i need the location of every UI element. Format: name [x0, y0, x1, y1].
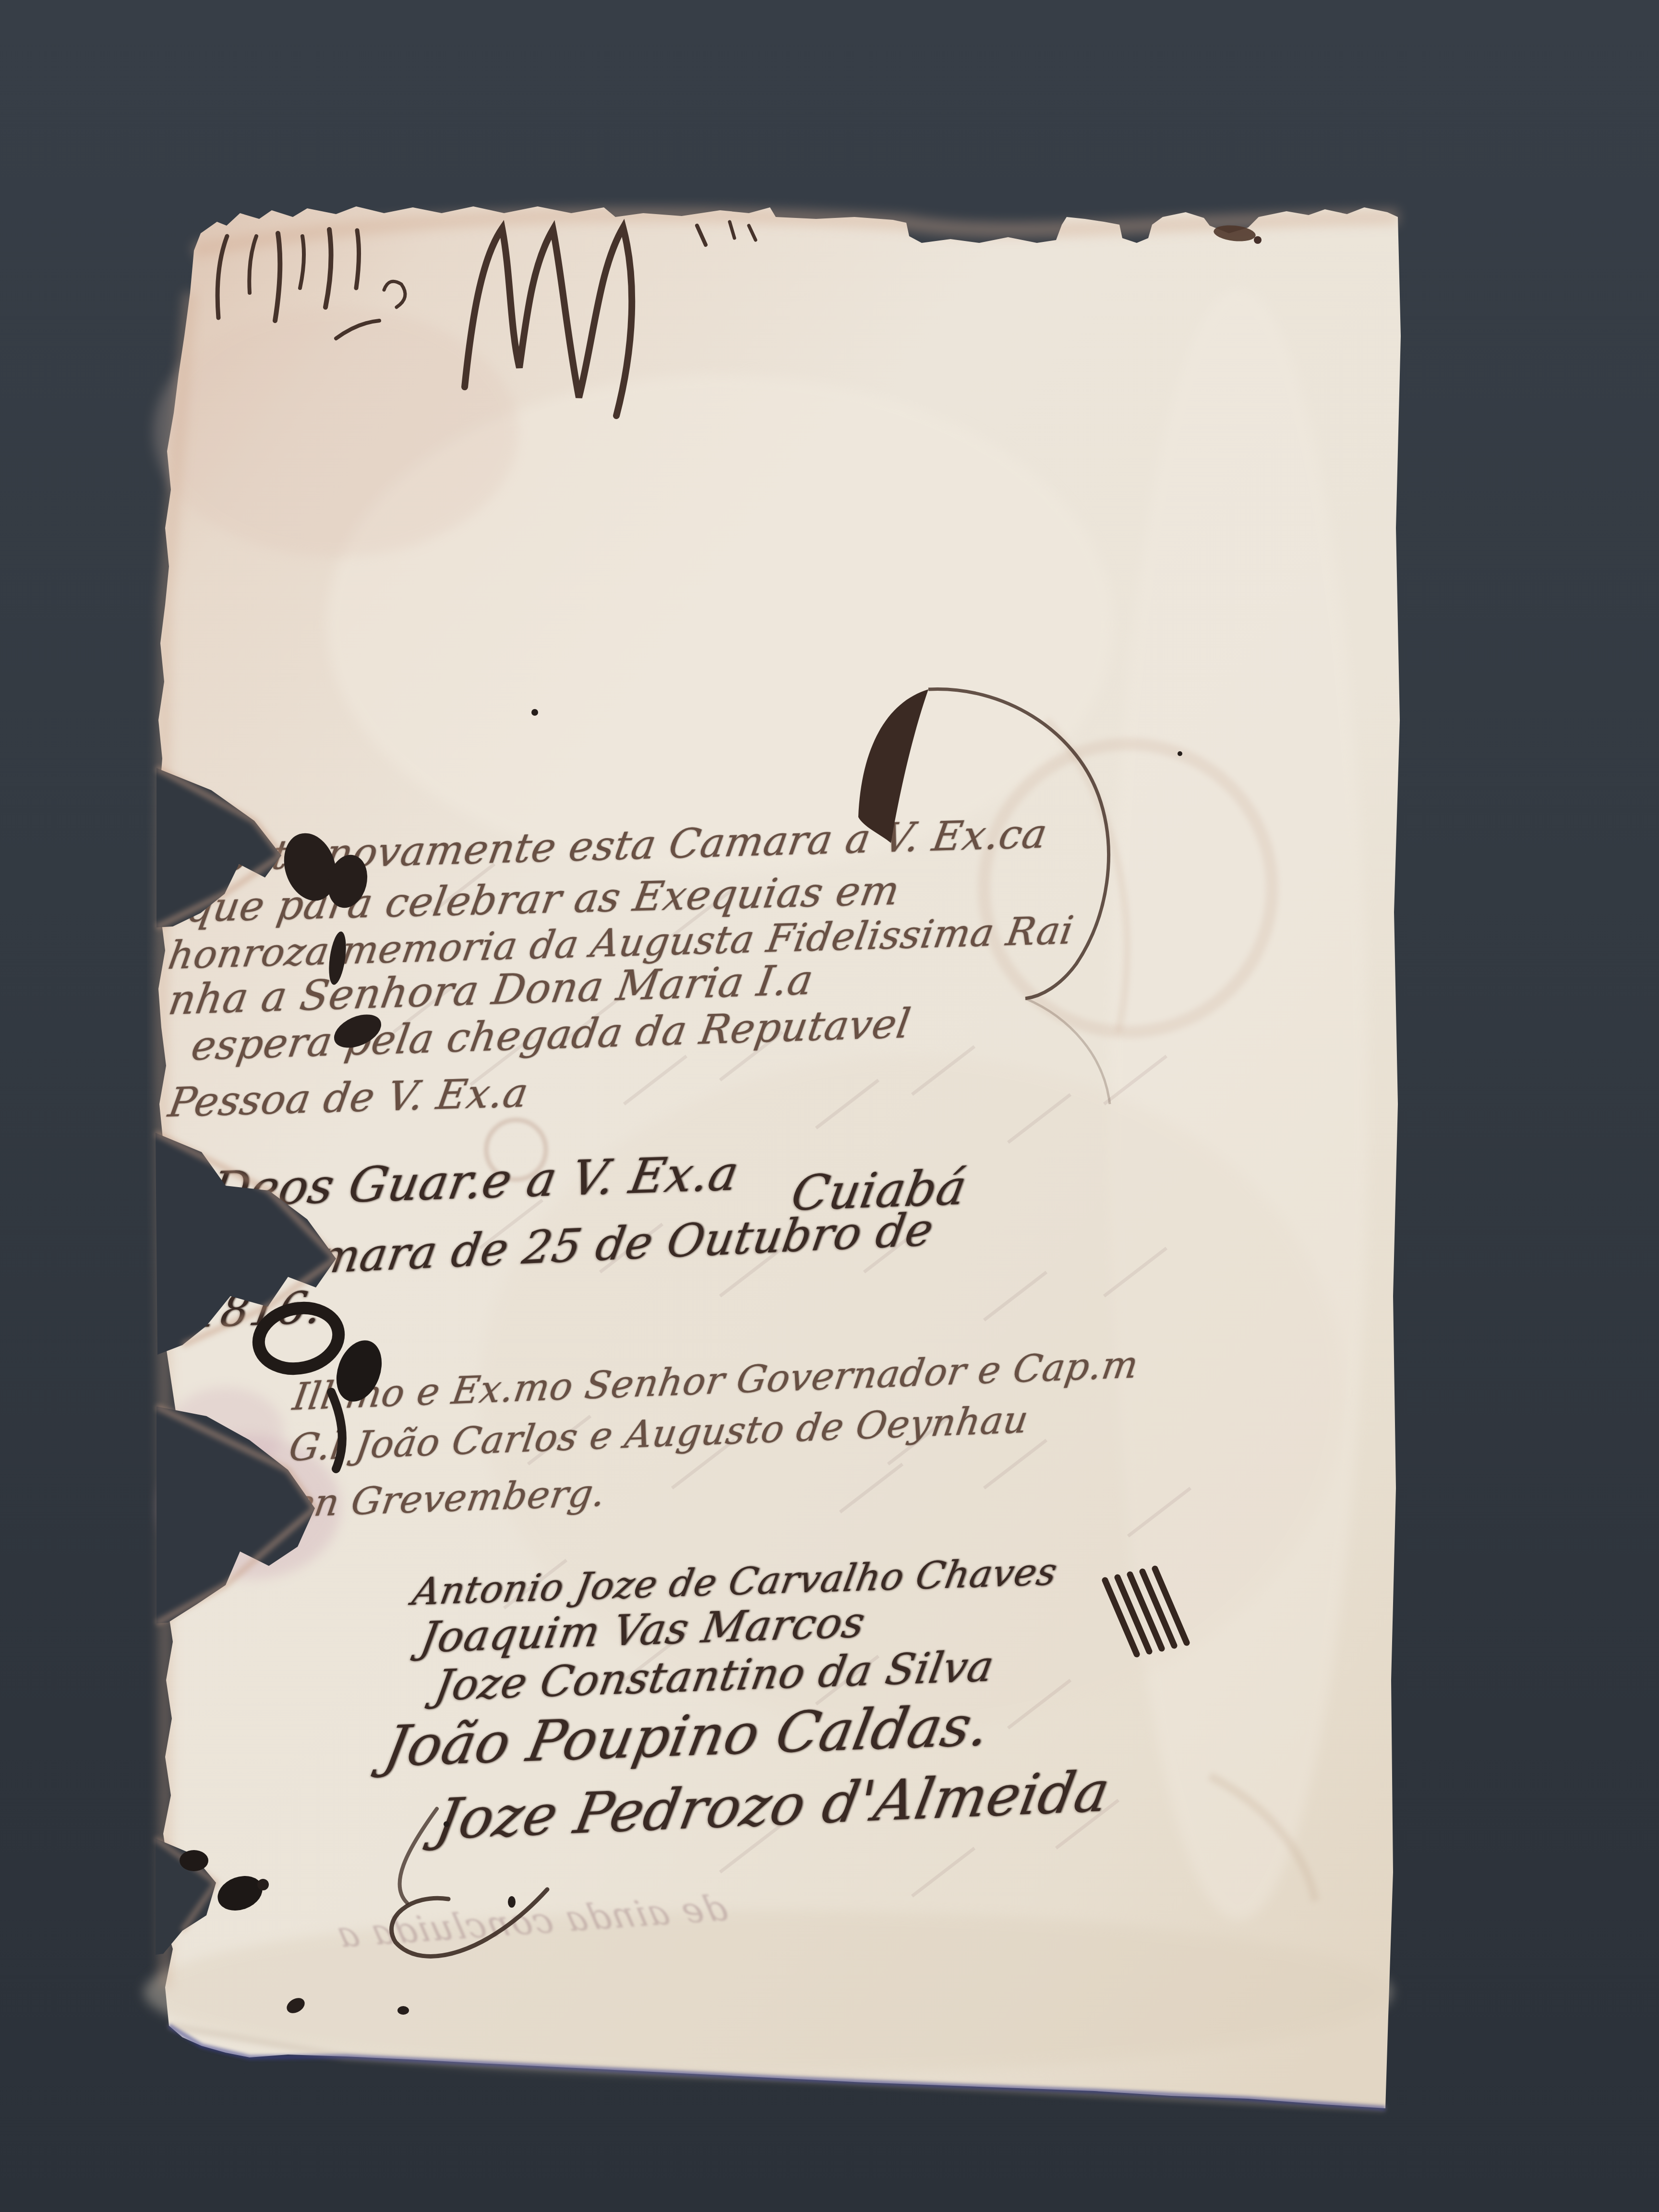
- ring-blot: [253, 1301, 344, 1376]
- bottom-edge-fringe: [169, 2026, 1385, 2108]
- signature-flourishes: [392, 1809, 547, 1956]
- top-edge-clipped-strokes: [217, 222, 756, 416]
- photograph-of-manuscript: repete novamente esta Camara a V. Ex.ca …: [0, 0, 1659, 2212]
- signature-paraph: [1105, 1569, 1187, 1654]
- ink-blots: [180, 223, 1262, 2016]
- tear-bite-2: [156, 1133, 336, 1355]
- top-right-burn-mark: [1213, 223, 1257, 243]
- comma-flourish: [858, 689, 1110, 1104]
- clipped-m-flourish: [465, 228, 632, 416]
- tear-bite-3: [156, 1407, 315, 1623]
- paper-artwork-over: [0, 0, 1659, 2212]
- tear-bite-1: [156, 768, 281, 927]
